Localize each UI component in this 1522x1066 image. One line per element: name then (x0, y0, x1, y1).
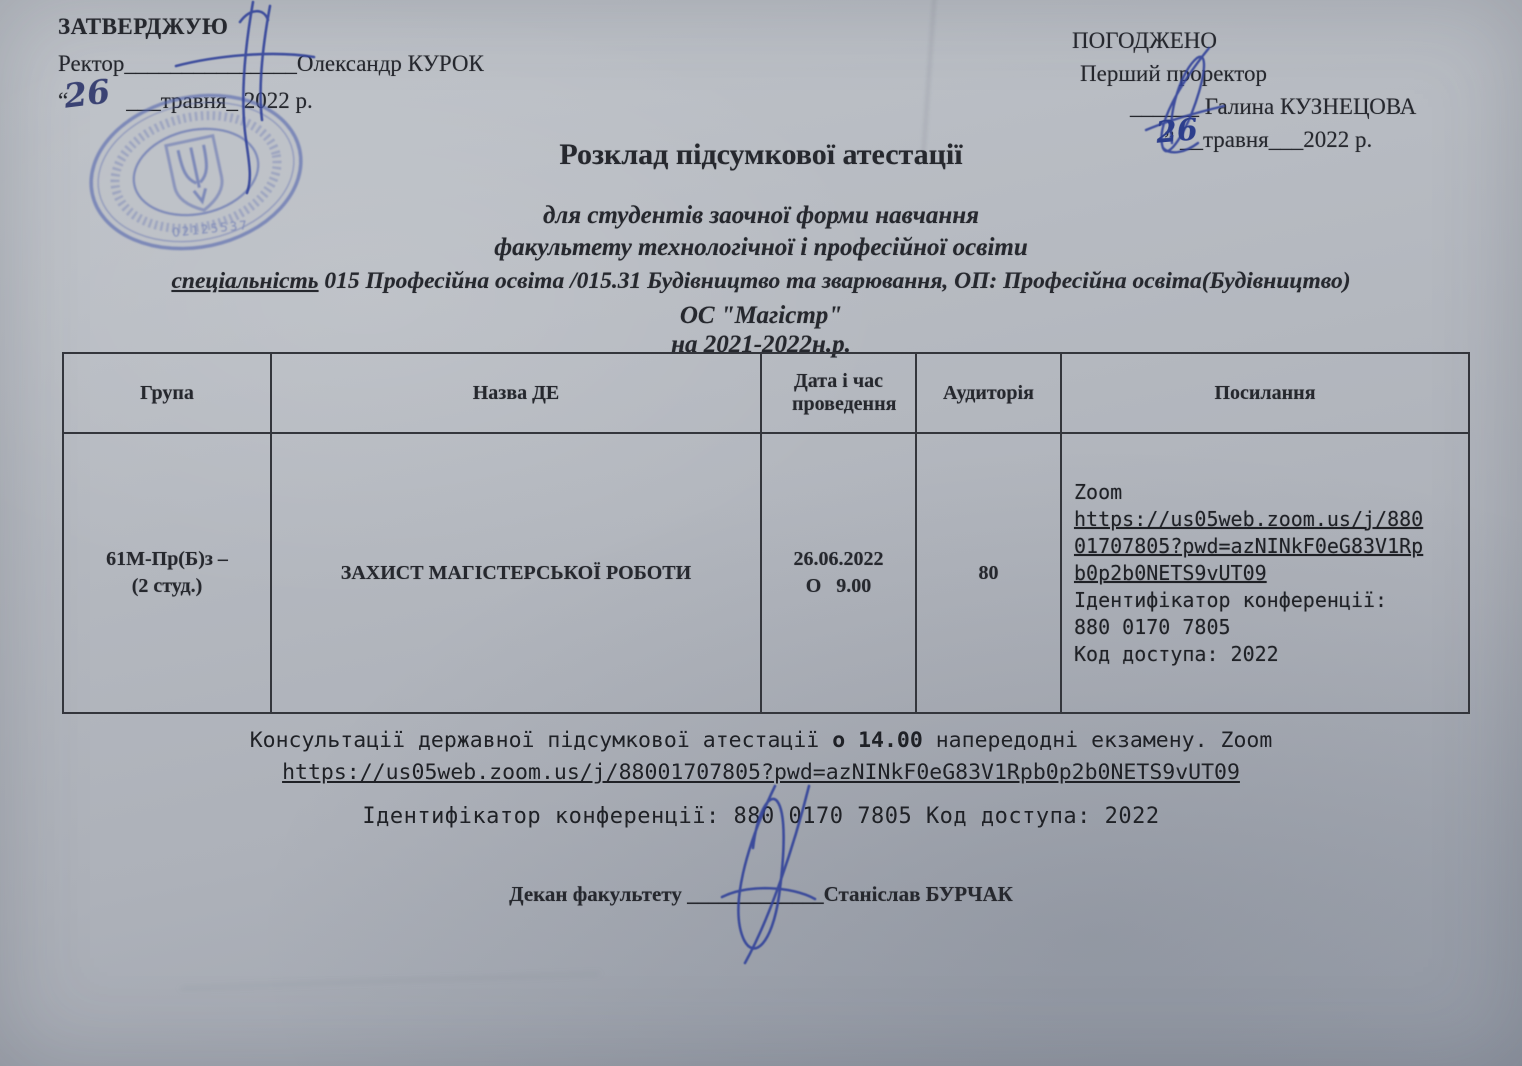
meeting-id-label: Ідентифікатор конференції: (1074, 587, 1456, 614)
cell-datetime: 26.06.2022 О 9.00 (761, 433, 916, 713)
specialty-line: спеціальність 015 Професійна освіта /015… (0, 268, 1522, 295)
meeting-id-value: 880 0170 7805 (1074, 614, 1456, 641)
dean-signature-line: Декан факультету _____________Станіслав … (0, 882, 1522, 907)
rector-name: Олександр КУРОК (297, 51, 484, 76)
agree-heading: ПОГОДЖЕНО (1072, 24, 1416, 57)
cell-group: 61М-Пр(Б)з – (2 студ.) (63, 433, 271, 713)
paper-crease (922, 0, 935, 154)
subtitle-faculty: факультету технологічної і професійної о… (0, 234, 1522, 262)
rector-role-label: Ректор (58, 51, 124, 76)
header-datetime: Дата і час проведення (761, 353, 916, 433)
quote-open: “ (58, 88, 68, 113)
zoom-url-line1: https://us05web.zoom.us/j/880 (1074, 506, 1456, 533)
header-link: Посилання (1061, 353, 1469, 433)
zoom-url-line3: b0p2b0NETS9vUT09 (1074, 560, 1456, 587)
consultation-text: Консультації державної підсумкової атест… (250, 728, 832, 753)
group-size: (2 студ.) (65, 573, 269, 600)
cell-link: Zoom https://us05web.zoom.us/j/880 01707… (1061, 433, 1469, 713)
rector-line: Ректор_______________Олександр КУРОК (58, 45, 484, 82)
signature-rule: ______ (1130, 94, 1199, 119)
group-code: 61М-Пр(Б)з – (65, 546, 269, 573)
approve-date-line: “___травня_ 2022 р. (58, 82, 484, 119)
agreement-block: ПОГОДЖЕНО Перший проректор ______ Галина… (1072, 24, 1416, 156)
passcode-line: Код доступа: 2022 (1074, 641, 1456, 668)
zoom-url-line2: 01707805?pwd=azNINkF0eG83V1Rp (1074, 533, 1456, 560)
prorector-name: Галина КУЗНЕЦОВА (1199, 94, 1416, 119)
cell-exam-name: ЗАХИСТ МАГІСТЕРСЬКОЇ РОБОТИ (271, 433, 761, 713)
scanned-document-photo: ЗАТВЕРДЖУЮ Ректор_______________Олександ… (0, 0, 1522, 1066)
dean-name: Станіслав БУРЧАК (824, 882, 1013, 906)
prorector-role-label: Перший проректор (1072, 57, 1416, 90)
exam-time: О 9.00 (763, 573, 914, 600)
schedule-table: Група Назва ДЕ Дата і час проведення Ауд… (62, 352, 1470, 714)
prorector-line: ______ Галина КУЗНЕЦОВА (1072, 90, 1416, 123)
exam-date: 26.06.2022 (763, 546, 914, 573)
platform-label: Zoom (1074, 479, 1456, 506)
approve-date-rest: ___травня_ 2022 р. (126, 88, 313, 113)
approval-block: ЗАТВЕРДЖУЮ Ректор_______________Олександ… (58, 8, 484, 119)
consultation-line: Консультації державної підсумкової атест… (0, 728, 1522, 753)
subtitle-students: для студентів заочної форми навчання (0, 202, 1522, 230)
meeting-id-footer-line: Ідентифікатор конференції: 880 0170 7805… (0, 804, 1522, 829)
table-header-row: Група Назва ДЕ Дата і час проведення Ауд… (63, 353, 1469, 433)
page-title: Розклад підсумкової атестації (0, 138, 1522, 172)
consultation-zoom-link: https://us05web.zoom.us/j/88001707805?pw… (0, 760, 1522, 785)
header-room: Аудиторія (916, 353, 1061, 433)
header-exam-name: Назва ДЕ (271, 353, 761, 433)
consultation-time: о 14.00 (832, 728, 923, 753)
header-group: Група (63, 353, 271, 433)
table-row: 61М-Пр(Б)з – (2 студ.) ЗАХИСТ МАГІСТЕРСЬ… (63, 433, 1469, 713)
approve-heading: ЗАТВЕРДЖУЮ (58, 8, 484, 45)
signature-rule: _______________ (124, 51, 297, 76)
dean-signature-rule: _____________ (687, 882, 824, 906)
paper-crease (180, 973, 600, 990)
degree-line: ОС "Магістр" (0, 302, 1522, 330)
specialty-rest: 015 Професійна освіта /015.31 Будівництв… (319, 268, 1351, 294)
specialty-label: спеціальність (171, 268, 318, 294)
consultation-text-post: напередодні екзамену. Zoom (923, 728, 1273, 753)
dean-label: Декан факультету (509, 882, 687, 906)
cell-room: 80 (916, 433, 1061, 713)
